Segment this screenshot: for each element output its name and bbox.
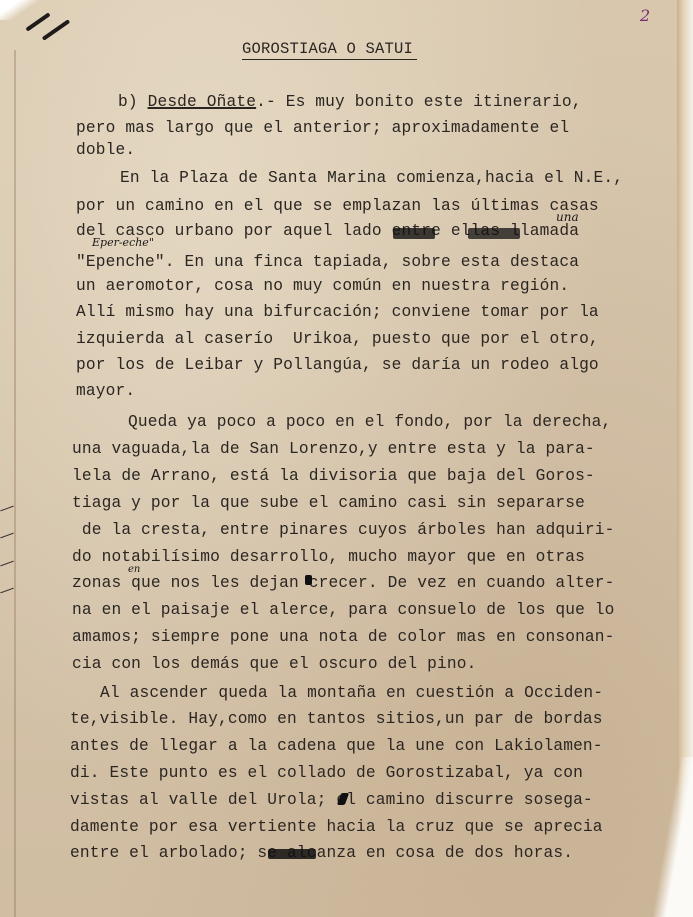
fold-line	[14, 50, 16, 917]
text-line: "Epenche". En una finca tapiada, sobre e…	[76, 252, 579, 272]
text-line: antes de llegar a la cadena que la une c…	[70, 736, 603, 756]
text-line: mayor.	[76, 381, 135, 401]
page-number-mark: 2	[640, 6, 650, 25]
handwritten-insert: en	[128, 564, 140, 575]
text-line: tiaga y por la que sube el camino casi s…	[72, 493, 585, 513]
text-line: te,visible. Hay,como en tantos sitios,un…	[70, 709, 603, 729]
text-line: b) Desde Oñate.- Es muy bonito este itin…	[118, 92, 582, 112]
document-title: GOROSTIAGA O SATUI	[242, 40, 417, 60]
text-line: na en el paisaje el alerce, para consuel…	[72, 600, 615, 620]
text-line: En la Plaza de Santa Marina comienza,hac…	[120, 168, 623, 188]
line-p1-1: b) Desde Oñate.- Es muy bonito este itin…	[118, 93, 582, 111]
text-line: Al ascender queda la montaña en cuestión…	[100, 683, 603, 703]
text-line: lela de Arrano, está la divisoria que ba…	[72, 466, 595, 486]
correction-mark	[305, 575, 312, 585]
text-line: pero mas largo que el anterior; aproxima…	[76, 118, 569, 138]
paper-corner	[0, 0, 40, 20]
text-line: doble.	[76, 140, 135, 160]
text-line: zonas que nos les dejan crecer. De vez e…	[72, 573, 615, 593]
strikethrough-scribble	[468, 228, 520, 239]
text-line: vistas al valle del Urola; el camino dis…	[70, 790, 593, 810]
text-line: Queda ya poco a poco en el fondo, por la…	[128, 412, 611, 432]
handwritten-correction: Eper-eche"	[92, 236, 154, 249]
underlined-heading: Desde Oñate	[148, 93, 257, 111]
text-line: izquierda al caserío Urikoa, puesto que …	[76, 329, 599, 349]
text-line: entre el arbolado; se alcanza en cosa de…	[70, 843, 573, 863]
text-line: do notabilísimo desarrollo, mucho mayor …	[72, 547, 585, 567]
handwritten-insert: una	[556, 210, 579, 224]
text-line: un aeromotor, cosa no muy común en nuest…	[76, 276, 569, 296]
text-line: Allí mismo hay una bifurcación; conviene…	[76, 302, 599, 322]
text-line: por los de Leibar y Pollangúa, se daría …	[76, 355, 599, 375]
text-line: damente por esa vertiente hacia la cruz …	[70, 817, 603, 837]
strikethrough-scribble	[268, 849, 316, 859]
strikethrough-scribble	[393, 228, 435, 239]
text-line: di. Este punto es el collado de Gorostiz…	[70, 763, 583, 783]
text-line: una vaguada,la de San Lorenzo,y entre es…	[72, 439, 595, 459]
text-line: amamos; siempre pone una nota de color m…	[72, 627, 615, 647]
text-line: cia con los demás que el oscuro del pino…	[72, 654, 476, 674]
text-line: de la cresta, entre pinares cuyos árbole…	[72, 520, 615, 540]
paper-corner-tear	[653, 757, 693, 917]
text-line: por un camino en el que se emplazan las …	[76, 196, 599, 216]
